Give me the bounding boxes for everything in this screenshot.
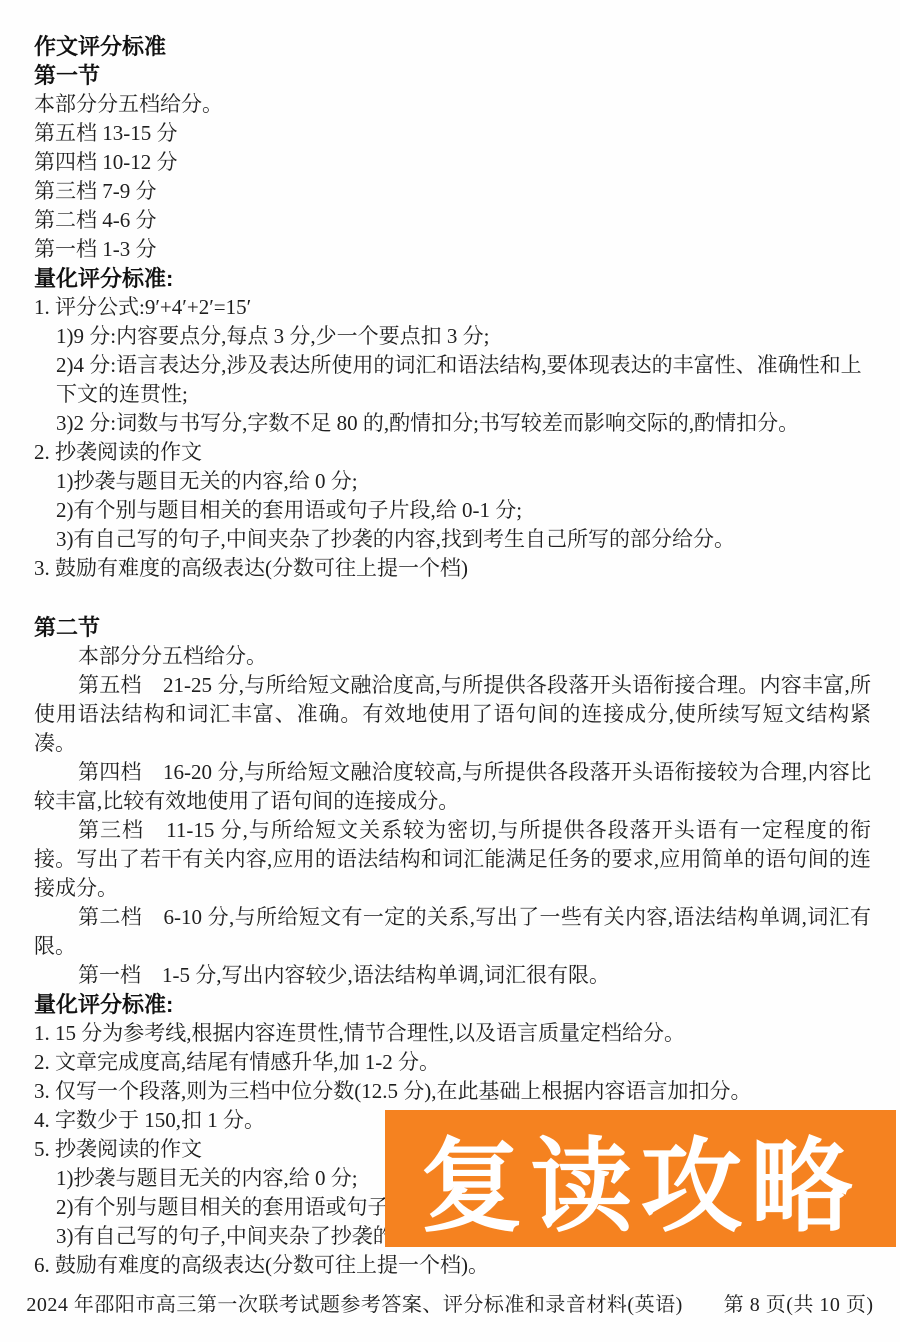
doc-line: 1)抄袭与题目无关的内容,给 0 分;	[56, 467, 871, 496]
doc-line: 3. 仅写一个段落,则为三档中位分数(12.5 分),在此基础上根据内容语言加扣…	[34, 1077, 871, 1106]
doc-line: 第三档 11-15 分,与所给短文关系较为密切,与所提供各段落开头语有一定程度的…	[34, 816, 871, 903]
doc-line: 第一节	[34, 61, 871, 90]
doc-line: 3)有自己写的句子,中间夹杂了抄袭的内容,找到考生自己所写的部分给分。	[56, 525, 871, 554]
doc-line: 第四档 10-12 分	[34, 148, 871, 177]
doc-line: 1)9 分:内容要点分,每点 3 分,少一个要点扣 3 分;	[56, 322, 871, 351]
doc-line: 2)有个别与题目相关的套用语或句子片段,给 0-1 分;	[56, 496, 871, 525]
doc-line: 量化评分标准:	[34, 990, 871, 1019]
doc-line: 6. 鼓励有难度的高级表达(分数可往上提一个档)。	[34, 1251, 871, 1280]
doc-line: 1. 评分公式:9′+4′+2′=15′	[34, 293, 871, 322]
doc-line: 第二档 4-6 分	[34, 206, 871, 235]
doc-line: 第一档 1-3 分	[34, 235, 871, 264]
doc-line: 第四档 16-20 分,与所给短文融洽度较高,与所提供各段落开头语衔接较为合理,…	[34, 758, 871, 816]
doc-line: 第一档 1-5 分,写出内容较少,语法结构单调,词汇很有限。	[34, 961, 871, 990]
doc-line: 本部分分五档给分。	[34, 642, 871, 671]
doc-line: 本部分分五档给分。	[34, 90, 871, 119]
doc-line: 第二节	[34, 613, 871, 642]
doc-line: 3. 鼓励有难度的高级表达(分数可往上提一个档)	[34, 554, 871, 583]
doc-line	[34, 583, 871, 613]
doc-line: 作文评分标准	[34, 32, 871, 61]
watermark-banner: 复读攻略	[385, 1110, 896, 1247]
document-body: 作文评分标准第一节本部分分五档给分。第五档 13-15 分第四档 10-12 分…	[34, 32, 871, 1280]
page: 作文评分标准第一节本部分分五档给分。第五档 13-15 分第四档 10-12 分…	[0, 0, 900, 1342]
doc-line: 3)2 分:词数与书写分,字数不足 80 的,酌情扣分;书写较差而影响交际的,酌…	[56, 409, 871, 438]
doc-line: 第二档 6-10 分,与所给短文有一定的关系,写出了一些有关内容,语法结构单调,…	[34, 903, 871, 961]
doc-line: 2. 文章完成度高,结尾有情感升华,加 1-2 分。	[34, 1048, 871, 1077]
watermark-text: 复读攻略	[421, 1110, 861, 1247]
page-footer: 2024 年邵阳市高三第一次联考试题参考答案、评分标准和录音材料(英语) 第 8…	[0, 1288, 900, 1317]
doc-line: 第三档 7-9 分	[34, 177, 871, 206]
doc-line: 2. 抄袭阅读的作文	[34, 438, 871, 467]
doc-line: 1. 15 分为参考线,根据内容连贯性,情节合理性,以及语言质量定档给分。	[34, 1019, 871, 1048]
doc-line: 2)4 分:语言表达分,涉及表达所使用的词汇和语法结构,要体现表达的丰富性、准确…	[56, 351, 871, 409]
doc-line: 第五档 13-15 分	[34, 119, 871, 148]
doc-line: 量化评分标准:	[34, 264, 871, 293]
doc-line: 第五档 21-25 分,与所给短文融洽度高,与所提供各段落开头语衔接合理。内容丰…	[34, 671, 871, 758]
footer-text: 2024 年邵阳市高三第一次联考试题参考答案、评分标准和录音材料(英语) 第 8…	[26, 1294, 873, 1316]
